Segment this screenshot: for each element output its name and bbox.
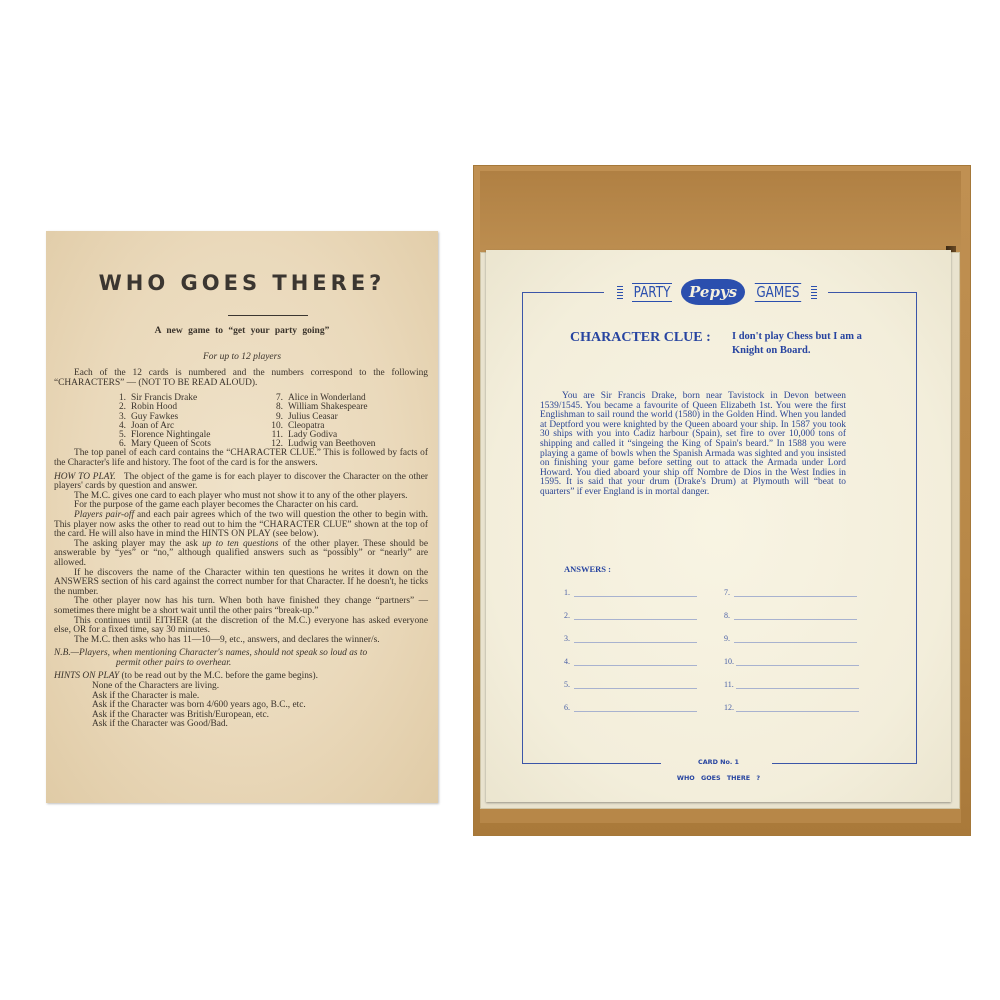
- answers-label: ANSWERS :: [564, 564, 611, 574]
- discovers-paragraph: If he discovers the name of the Characte…: [54, 569, 428, 598]
- answer-blank[interactable]: [574, 703, 697, 712]
- nb-line-1: N.B.—Players, when mentioning Character'…: [54, 648, 367, 658]
- logo-right-word: GAMES: [755, 283, 801, 302]
- frame-line: [828, 292, 916, 293]
- answer-number: 9.: [724, 634, 732, 643]
- frame-line: [522, 292, 523, 763]
- how-to-play-heading: HOW TO PLAY.: [54, 472, 116, 482]
- answer-number: 10.: [724, 657, 734, 666]
- answer-line[interactable]: 3.: [564, 632, 724, 643]
- answer-number: 11.: [724, 680, 734, 689]
- answer-number: 8.: [724, 611, 732, 620]
- nb-paragraph: N.B.—Players, when mentioning Character'…: [54, 649, 428, 668]
- character-card[interactable]: PARTY Pepys GAMES CHARACTER CLUE : I don…: [486, 250, 951, 802]
- logo-oval-brand: Pepys: [681, 279, 745, 305]
- mc-asks-paragraph: The M.C. then asks who has 11—10—9, etc.…: [54, 636, 428, 646]
- answer-number: 6.: [564, 703, 572, 712]
- bio-text: You are Sir Francis Drake, born near Tav…: [540, 392, 846, 498]
- answer-line[interactable]: 8.: [724, 609, 864, 620]
- answer-blank[interactable]: [574, 634, 697, 643]
- sheet-title: WHO GOES THERE?: [46, 271, 438, 295]
- answers-grid: 1.7.2.8.3.9.4.10.5.11.6.12.: [564, 586, 864, 712]
- answer-number: 3.: [564, 634, 572, 643]
- pair-off-lead: Players pair-off: [74, 510, 134, 520]
- speed-lines-icon: [811, 286, 817, 299]
- answer-line[interactable]: 12.: [724, 701, 864, 712]
- answer-line[interactable]: 11.: [724, 678, 864, 689]
- card-game-name: WHO GOES THERE ?: [486, 774, 951, 782]
- answer-line[interactable]: 4.: [564, 655, 724, 666]
- character-list: 1.Sir Francis Drake2.Robin Hood3.Guy Faw…: [112, 394, 428, 449]
- pair-off-paragraph: Players pair-off and each pair agrees wh…: [54, 511, 428, 540]
- answer-blank[interactable]: [574, 657, 697, 666]
- answer-line[interactable]: 6.: [564, 701, 724, 712]
- card-number: CARD No. 1: [486, 758, 951, 766]
- party-games-logo: PARTY Pepys GAMES: [617, 275, 817, 309]
- character-bio: You are Sir Francis Drake, born near Tav…: [540, 392, 846, 498]
- other-player-paragraph: The other player now has his turn. When …: [54, 597, 428, 616]
- intro-paragraph: Each of the 12 cards is numbered and the…: [54, 369, 428, 388]
- answer-number: 5.: [564, 680, 572, 689]
- logo-left-word: PARTY: [632, 283, 672, 302]
- hints-heading: HINTS ON PLAY: [54, 671, 119, 681]
- answer-blank[interactable]: [734, 634, 857, 643]
- continues-paragraph: This continues until EITHER (at the disc…: [54, 617, 428, 636]
- answer-number: 12.: [724, 703, 734, 712]
- asking-paragraph: The asking player may the ask up to ten …: [54, 540, 428, 569]
- frame-line: [916, 292, 917, 763]
- character-clue-text: I don't play Chess but I am a Knight on …: [732, 330, 892, 358]
- speed-lines-icon: [617, 286, 623, 299]
- player-count: For up to 12 players: [46, 352, 438, 362]
- answer-line[interactable]: 2.: [564, 609, 724, 620]
- frame-line: [522, 292, 604, 293]
- answer-blank[interactable]: [736, 703, 859, 712]
- answer-blank[interactable]: [734, 588, 857, 597]
- instruction-sheet: WHO GOES THERE? A new game to “get your …: [46, 231, 438, 803]
- answer-number: 2.: [564, 611, 572, 620]
- top-panel-paragraph: The top panel of each card contains the …: [54, 449, 428, 468]
- character-clue-label: CHARACTER CLUE :: [570, 330, 711, 346]
- answer-number: 4.: [564, 657, 572, 666]
- answer-blank[interactable]: [736, 680, 859, 689]
- nb-line-2: permit other pairs to overhear.: [54, 659, 428, 669]
- answer-blank[interactable]: [574, 588, 697, 597]
- sheet-body: Each of the 12 cards is numbered and the…: [54, 369, 428, 730]
- hint-item: Ask if the Character was Good/Bad.: [54, 720, 428, 730]
- hints-list: None of the Characters are living.Ask if…: [54, 682, 428, 730]
- answer-blank[interactable]: [736, 657, 859, 666]
- answer-line[interactable]: 7.: [724, 586, 864, 597]
- sheet-subtitle: A new game to “get your party going”: [46, 326, 438, 336]
- answer-line[interactable]: 9.: [724, 632, 864, 643]
- answer-line[interactable]: 1.: [564, 586, 724, 597]
- answer-blank[interactable]: [574, 680, 697, 689]
- title-rule: [228, 315, 308, 316]
- answer-blank[interactable]: [734, 611, 857, 620]
- answer-line[interactable]: 5.: [564, 678, 724, 689]
- answer-line[interactable]: 10.: [724, 655, 864, 666]
- how-to-play-paragraph: HOW TO PLAY. The object of the game is f…: [54, 473, 428, 492]
- answer-number: 7.: [724, 588, 732, 597]
- answer-number: 1.: [564, 588, 572, 597]
- hints-note: (to be read out by the M.C. before the g…: [121, 671, 318, 681]
- answer-blank[interactable]: [574, 611, 697, 620]
